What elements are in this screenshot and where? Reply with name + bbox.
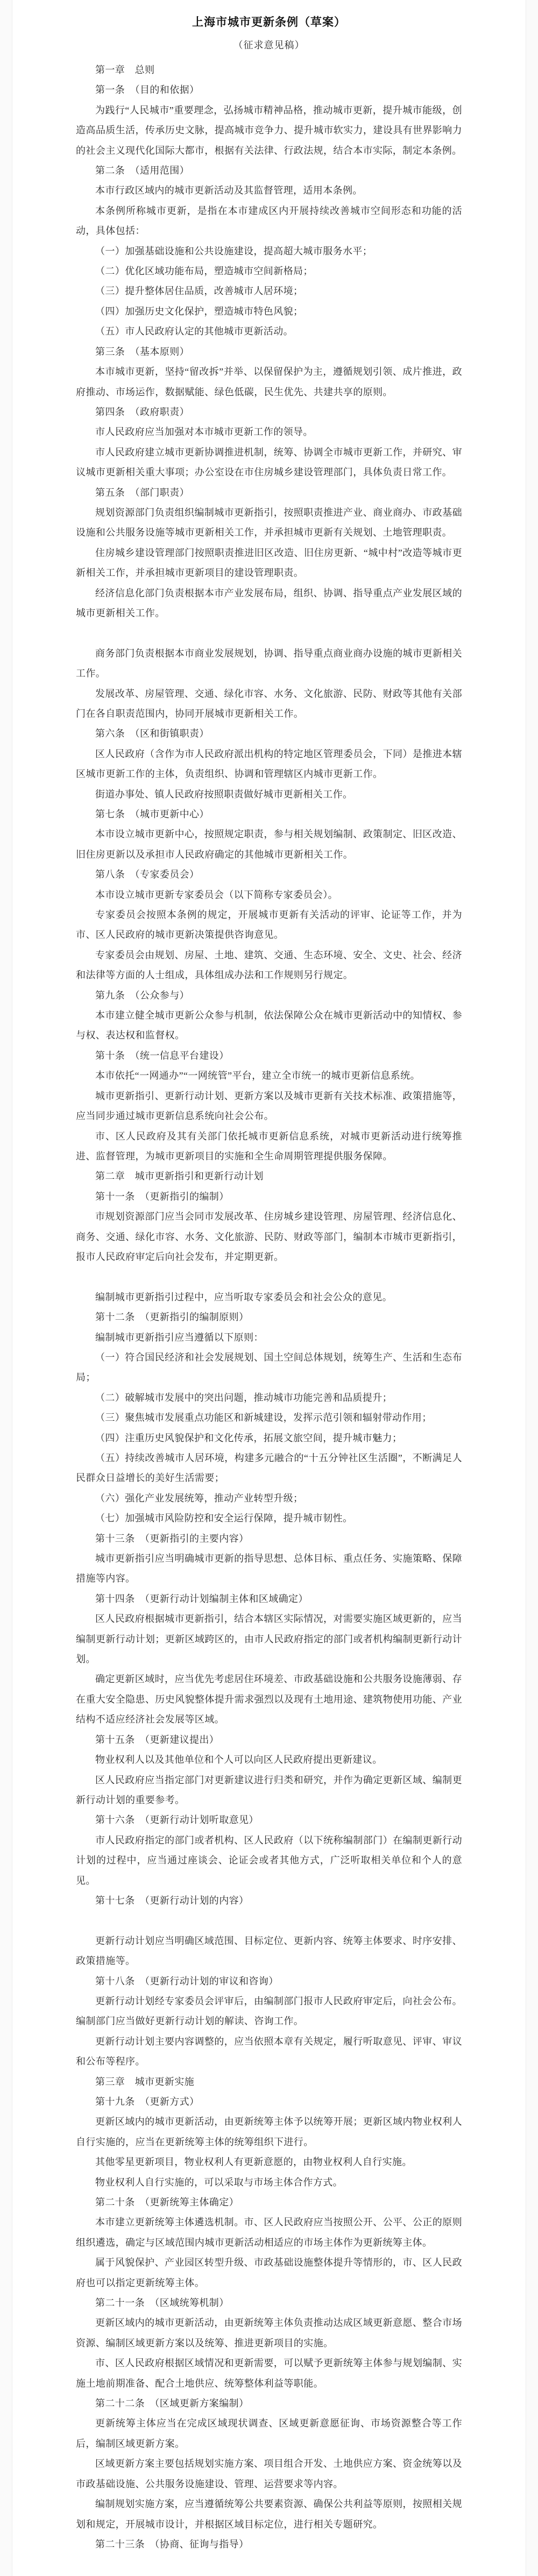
article-heading: 第五条 （部门职责）	[76, 483, 462, 503]
article-heading: 第三条 （基本原则）	[76, 342, 462, 362]
article-heading: 第四条 （政府职责）	[76, 402, 462, 422]
list-item: （三）提升整体居住品质，改善城市人居环境；	[76, 281, 462, 301]
paragraph: 市规划资源部门应当会同市发展改革、住房城乡建设管理、房屋管理、经济信息化、商务、…	[76, 1207, 462, 1267]
paragraph: 本市建立健全城市更新公众参与机制，依法保障公众在城市更新活动中的知情权、参与权、…	[76, 1006, 462, 1046]
paragraph: 城市更新指引应当明确城市更新的指导思想、总体目标、重点任务、实施策略、保障措施等…	[76, 1549, 462, 1589]
paragraph: 本市行政区域内的城市更新活动及其监督管理，适用本条例。	[76, 181, 462, 201]
paragraph: 区人民政府（含作为市人民政府派出机构的特定地区管理委员会，下同）是推进本辖区城市…	[76, 744, 462, 785]
paragraph: 市人民政府应当加强对本市城市更新工作的领导。	[76, 422, 462, 442]
chapter-heading: 第三章 城市更新实施	[76, 2072, 462, 2092]
paragraph: 市、区人民政府根据区域情况和更新需要，可以赋予更新统筹主体参与规划编制、实施土地…	[76, 2353, 462, 2394]
article-heading: 第二十二条 （区域更新方案编制）	[76, 2394, 462, 2414]
article-heading: 第二条 （适用范围）	[76, 161, 462, 181]
article-heading: 第十九条 （更新方式）	[76, 2092, 462, 2112]
article-heading: 第八条 （专家委员会）	[76, 865, 462, 885]
paragraph: 编制城市更新指引应当遵循以下原则：	[76, 1328, 462, 1348]
paragraph: 本市设立城市更新中心，按照规定职责，参与相关规划编制、政策制定、旧区改造、旧住房…	[76, 824, 462, 865]
list-item: （七）加强城市风险防控和安全运行保障，提升城市韧性。	[76, 1508, 462, 1528]
article-heading: 第十四条 （更新行动计划编制主体和区域确定）	[76, 1589, 462, 1609]
paragraph: 专家委员会按照本条例的规定，开展城市更新有关活动的评审、论证等工作，并为市、区人…	[76, 905, 462, 945]
paragraph: 区人民政府应当指定部门对更新建议进行归类和研究，并作为确定更新区域、编制更新行动…	[76, 1770, 462, 1811]
paragraph: 更新行动计划应当明确区域范围、目标定位、更新内容、统筹主体要求、时序安排、政策措…	[76, 1931, 462, 1972]
paragraph: 专家委员会由规划、房屋、土地、建筑、交通、生态环境、安全、文史、社会、经济和法律…	[76, 945, 462, 986]
article-heading: 第七条 （城市更新中心）	[76, 805, 462, 824]
paragraph: 编制城市更新指引过程中，应当听取专家委员会和社会公众的意见。	[76, 1287, 462, 1307]
paragraph: 住房城乡建设管理部门按照职责推进旧区改造、旧住房更新、“城中村”改造等城市更新相…	[76, 543, 462, 583]
paragraph: 确定更新区域时，应当优先考虑居住环境差、市政基础设施和公共服务设施薄弱、存在重大…	[76, 1669, 462, 1730]
list-item: （五）市人民政府认定的其他城市更新活动。	[76, 322, 462, 341]
article-heading: 第九条 （公众参与）	[76, 986, 462, 1006]
paragraph: 更新区域内的城市更新活动，由更新统筹主体负责推动达成区域更新意愿、整合市场资源、…	[76, 2313, 462, 2353]
paragraph: 经济信息化部门负责根据本市产业发展布局，组织、协调、指导重点产业发展区域的城市更…	[76, 583, 462, 624]
paragraph: 更新行动计划主要内容调整的，应当依照本章有关规定，履行听取意见、评审、审议和公布…	[76, 2032, 462, 2072]
article-heading: 第二十三条 （协商、征询与指导）	[76, 2535, 462, 2554]
paragraph: 街道办事处、镇人民政府按照职责做好城市更新相关工作。	[76, 785, 462, 805]
paragraph: 本市城市更新，坚持“留改拆”并举、以保留保护为主，遵循规划引领、成片推进，政府推…	[76, 362, 462, 402]
document-title: 上海市城市更新条例（草案）	[76, 11, 462, 33]
paragraph: 物业权利人自行实施的，可以采取与市场主体合作方式。	[76, 2173, 462, 2193]
paragraph: 区域更新方案主要包括规划实施方案、项目组合开发、土地供应方案、资金统筹以及市政基…	[76, 2454, 462, 2494]
article-heading: 第一条 （目的和依据）	[76, 80, 462, 100]
list-item: （二）优化区域功能布局，塑造城市空间新格局；	[76, 261, 462, 281]
paragraph: 市人民政府指定的部门或者机构、区人民政府（以下统称编制部门）在编制更新行动计划的…	[76, 1831, 462, 1891]
paragraph: 其他零星更新项目，物业权利人有更新意愿的，由物业权利人自行实施。	[76, 2152, 462, 2172]
article-heading: 第六条 （区和街镇职责）	[76, 724, 462, 744]
paragraph: 编制规划实施方案，应当遵循统筹公共要素资源、确保公共利益等原则，按照相关规划和规…	[76, 2494, 462, 2535]
article-heading: 第二十条 （更新统筹主体确定）	[76, 2193, 462, 2212]
list-item: （五）持续改善城市人居环境，构建多元融合的“十五分钟社区生活圈”，不断满足人民群…	[76, 1448, 462, 1489]
blank-line	[76, 623, 462, 643]
list-item: （三）聚焦城市发展重点功能区和新城建设，发挥示范引领和辐射带动作用；	[76, 1408, 462, 1428]
document-subtitle: （征求意见稿）	[76, 33, 462, 57]
list-item: （一）加强基础设施和公共设施建设，提高超大城市服务水平；	[76, 241, 462, 261]
article-heading: 第十二条 （更新指引的编制原则）	[76, 1307, 462, 1327]
article-heading: 第十五条 （更新建议提出）	[76, 1730, 462, 1750]
paragraph: 更新区域内的城市更新活动，由更新统筹主体予以统筹开展；更新区域内物业权利人自行实…	[76, 2112, 462, 2152]
paragraph: 城市更新指引、更新行动计划、更新方案以及城市更新有关技术标准、政策措施等，应当同…	[76, 1086, 462, 1127]
list-item: （一）符合国民经济和社会发展规划、国土空间总体规划，统筹生产、生活和生态布局；	[76, 1348, 462, 1388]
paragraph: 更新统筹主体应当在完成区域现状调查、区域更新意愿征询、市场资源整合等工作后，编制…	[76, 2414, 462, 2454]
list-item: （四）加强历史文化保护，塑造城市特色风貌；	[76, 302, 462, 322]
paragraph: 本市依托“一网通办”“一网统管”平台，建立全市统一的城市更新信息系统。	[76, 1066, 462, 1086]
paragraph: 商务部门负责根据本市商业发展规划，协调、指导重点商业商办设施的城市更新相关工作。	[76, 644, 462, 684]
paragraph: 属于风貌保护、产业园区转型升级、市政基础设施整体提升等情形的，市、区人民政府也可…	[76, 2253, 462, 2293]
paragraph: 市人民政府建立城市更新协调推进机制，统筹、协调全市城市更新工作，并研究、审议城市…	[76, 443, 462, 483]
document-canvas: 上海市城市更新条例（草案） （征求意见稿） 第一章 总则第一条 （目的和依据）为…	[0, 0, 538, 2576]
paragraph: 更新行动计划经专家委员会评审后，由编制部门报市人民政府审定后，向社会公布。编制部…	[76, 1991, 462, 2032]
paragraph: 本市建立更新统筹主体遴选机制。市、区人民政府应当按照公开、公平、公正的原则组织遴…	[76, 2212, 462, 2253]
paragraph: 为践行“人民城市”重要理念，弘扬城市精神品格，推动城市更新，提升城市能级，创造高…	[76, 101, 462, 161]
chapter-heading: 第二章 城市更新指引和更新行动计划	[76, 1166, 462, 1186]
article-heading: 第十七条 （更新行动计划的内容）	[76, 1891, 462, 1911]
article-heading: 第十八条 （更新行动计划的审议和咨询）	[76, 1972, 462, 1991]
paragraph: 本市设立城市更新专家委员会（以下简称专家委员会）。	[76, 885, 462, 905]
document-page: 上海市城市更新条例（草案） （征求意见稿） 第一章 总则第一条 （目的和依据）为…	[12, 0, 526, 2576]
article-heading: 第十条 （统一信息平台建设）	[76, 1046, 462, 1066]
paragraph: 物业权利人以及其他单位和个人可以向区人民政府提出更新建议。	[76, 1750, 462, 1770]
document-body: 第一章 总则第一条 （目的和依据）为践行“人民城市”重要理念，弘扬城市精神品格，…	[76, 60, 462, 2554]
article-heading: 第二十一条 （区域统筹机制）	[76, 2293, 462, 2313]
blank-line	[76, 1911, 462, 1931]
article-heading: 第十六条 （更新行动计划听取意见）	[76, 1810, 462, 1830]
paragraph: 区人民政府根据城市更新指引，结合本辖区实际情况，对需要实施区域更新的，应当编制更…	[76, 1609, 462, 1669]
list-item: （四）注重历史风貌保护和文化传承，拓展文旅空间，提升城市魅力；	[76, 1428, 462, 1448]
article-heading: 第十三条 （更新指引的主要内容）	[76, 1529, 462, 1549]
paragraph: 规划资源部门负责组织编制城市更新指引，按照职责推进产业、商业商办、市政基础设施和…	[76, 503, 462, 543]
paragraph: 市、区人民政府及其有关部门依托城市更新信息系统，对城市更新活动进行统筹推进、监督…	[76, 1127, 462, 1167]
blank-line	[76, 1267, 462, 1287]
list-item: （六）强化产业发展统筹，推动产业转型升级；	[76, 1489, 462, 1508]
paragraph: 本条例所称城市更新，是指在本市建成区内开展持续改善城市空间形态和功能的活动，具体…	[76, 201, 462, 241]
chapter-heading: 第一章 总则	[76, 60, 462, 80]
list-item: （二）破解城市发展中的突出问题，推动城市功能完善和品质提升；	[76, 1388, 462, 1408]
paragraph: 发展改革、房屋管理、交通、绿化市容、水务、文化旅游、民防、财政等其他有关部门在各…	[76, 684, 462, 724]
article-heading: 第十一条 （更新指引的编制）	[76, 1187, 462, 1207]
